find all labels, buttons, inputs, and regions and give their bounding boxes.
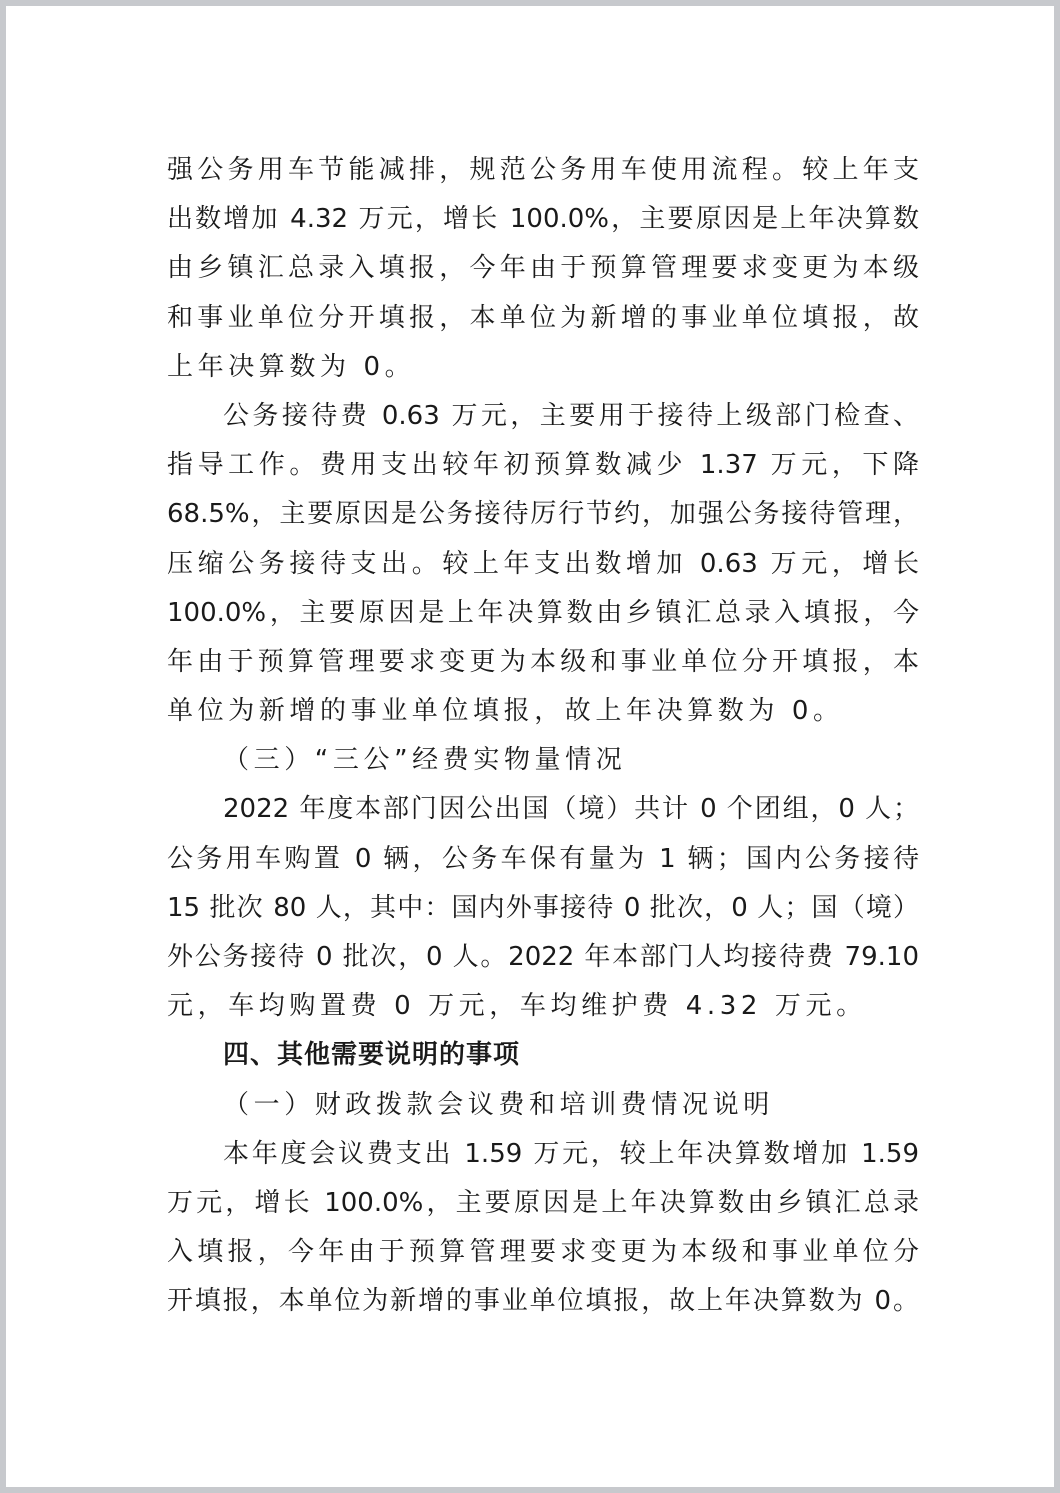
paragraph-reception-expense: 公务接待费 0.63 万元，主要用于接待上级部门检查、 指导工作。费用支出较年初… xyxy=(167,392,919,736)
document-body: 强公务用车节能减排，规范公务用车使用流程。较上年支 出数增加 4.32 万元，增… xyxy=(167,146,919,1327)
text-line: 100.0%，主要原因是上年决算数由乡镇汇总录入填报，今 xyxy=(167,589,919,638)
paragraph-vehicle-expense: 强公务用车节能减排，规范公务用车使用流程。较上年支 出数增加 4.32 万元，增… xyxy=(167,146,919,392)
text-line: 公务接待费 0.63 万元，主要用于接待上级部门检查、 xyxy=(167,392,919,441)
text-line: 2022 年度本部门因公出国（境）共计 0 个团组，0 人； xyxy=(167,785,919,834)
heading-meeting-training: （一）财政拨款会议费和培训费情况说明 xyxy=(167,1081,919,1130)
text-line: 入填报，今年由于预算管理要求变更为本级和事业单位分 xyxy=(167,1228,919,1277)
text-line: 15 批次 80 人，其中：国内外事接待 0 批次，0 人；国（境） xyxy=(167,884,919,933)
heading-section-four: 四、其他需要说明的事项 xyxy=(167,1031,919,1080)
text-line: 年由于预算管理要求变更为本级和事业单位分开填报，本 xyxy=(167,638,919,687)
text-line: 元，车均购置费 0 万元，车均维护费 4.32 万元。 xyxy=(167,982,919,1031)
text-line: 公务用车购置 0 辆，公务车保有量为 1 辆；国内公务接待 xyxy=(167,835,919,884)
text-line: 由乡镇汇总录入填报，今年由于预算管理要求变更为本级 xyxy=(167,244,919,293)
paragraph-three-public-quantity: 2022 年度本部门因公出国（境）共计 0 个团组，0 人； 公务用车购置 0 … xyxy=(167,785,919,1031)
text-line: 和事业单位分开填报，本单位为新增的事业单位填报，故 xyxy=(167,294,919,343)
text-line: 出数增加 4.32 万元，增长 100.0%，主要原因是上年决算数 xyxy=(167,195,919,244)
section-heading: 四、其他需要说明的事项 xyxy=(167,1031,919,1080)
section-subheading: （一）财政拨款会议费和培训费情况说明 xyxy=(167,1081,919,1130)
heading-three-public-quantity: （三）“三公”经费实物量情况 xyxy=(167,736,919,785)
section-subheading: （三）“三公”经费实物量情况 xyxy=(167,736,919,785)
document-page: 强公务用车节能减排，规范公务用车使用流程。较上年支 出数增加 4.32 万元，增… xyxy=(6,6,1054,1487)
paragraph-meeting-expense: 本年度会议费支出 1.59 万元，较上年决算数增加 1.59 万元，增长 100… xyxy=(167,1130,919,1327)
text-line: 指导工作。费用支出较年初预算数减少 1.37 万元，下降 xyxy=(167,441,919,490)
text-line: 上年决算数为 0。 xyxy=(167,343,919,392)
text-line: 强公务用车节能减排，规范公务用车使用流程。较上年支 xyxy=(167,146,919,195)
text-line: 本年度会议费支出 1.59 万元，较上年决算数增加 1.59 xyxy=(167,1130,919,1179)
text-line: 单位为新增的事业单位填报，故上年决算数为 0。 xyxy=(167,687,919,736)
text-line: 压缩公务接待支出。较上年支出数增加 0.63 万元，增长 xyxy=(167,540,919,589)
text-line: 万元，增长 100.0%，主要原因是上年决算数由乡镇汇总录 xyxy=(167,1179,919,1228)
text-line: 68.5%，主要原因是公务接待厉行节约，加强公务接待管理， xyxy=(167,490,919,539)
text-line: 外公务接待 0 批次，0 人。2022 年本部门人均接待费 79.10 xyxy=(167,933,919,982)
text-line: 开填报，本单位为新增的事业单位填报，故上年决算数为 0。 xyxy=(167,1277,919,1326)
